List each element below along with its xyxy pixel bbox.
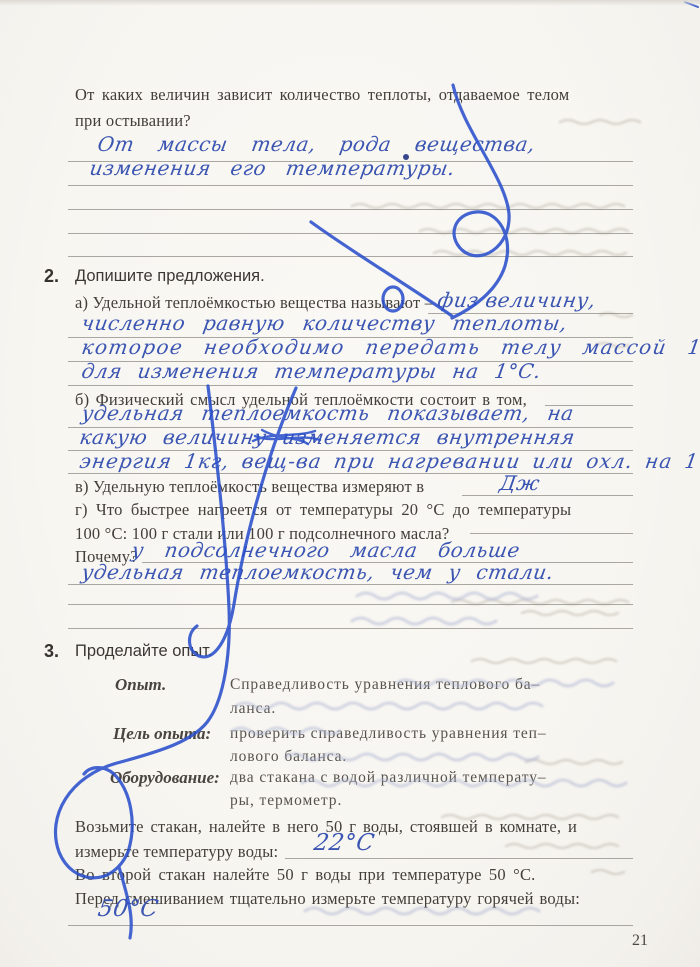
- ruled-line: [462, 495, 633, 496]
- experiment-label: Оборудование:: [110, 768, 220, 788]
- handwritten-answer: какую величину изменяется внутренняя: [78, 425, 577, 449]
- handwritten-temperature: 22°С: [312, 830, 376, 856]
- ruled-line: [68, 473, 633, 474]
- experiment-text: ры, термометр.: [230, 792, 342, 810]
- ruled-line: [68, 604, 633, 605]
- handwritten-answer: удельная теплоемкость, чем у стали.: [80, 560, 556, 584]
- ruled-line: [68, 925, 633, 926]
- task2-title: Допишите предложения.: [75, 267, 265, 286]
- page-number: 21: [632, 932, 648, 950]
- task3-title: Проделайте опыт.: [75, 642, 213, 661]
- experiment-text: два стакана с водой различной температу–: [230, 769, 547, 787]
- task2a-prompt: а) Удельной теплоёмкостью вещества назыв…: [75, 293, 433, 313]
- experiment-text: Справедливость уравнения теплового ба–: [230, 676, 540, 694]
- ruled-line: [68, 584, 633, 585]
- handwritten-answer: изменения его температуры.: [88, 156, 457, 180]
- workbook-scanned-page: От каких величин зависит количество тепл…: [0, 0, 700, 967]
- task2v-prompt: в) Удельную теплоёмкость вещества измеря…: [75, 477, 424, 497]
- handwritten-temperature: 50°С: [96, 896, 160, 922]
- task2g-prompt-line1: г) Что быстрее нагреется от температуры …: [75, 500, 571, 520]
- task3-number: 3.: [44, 641, 59, 662]
- ruled-line: [68, 256, 633, 257]
- ruled-line: [68, 233, 633, 234]
- question1-line1: От каких величин зависит количество тепл…: [75, 85, 569, 105]
- experiment-text: лового баланса.: [230, 748, 347, 766]
- experiment-text: проверить справедливость уравнения теп–: [230, 725, 547, 743]
- experiment-text: ланса.: [230, 700, 276, 718]
- handwritten-answer: численно равную количеству теплоты,: [80, 311, 569, 335]
- experiment-label: Цель опыта:: [113, 724, 211, 744]
- ruled-line: [68, 628, 633, 629]
- experiment-label: Опыт.: [115, 675, 166, 695]
- step2: Во второй стакан налейте 50 г воды при т…: [75, 865, 536, 885]
- handwritten-answer: для изменения температуры на 1°С.: [80, 359, 543, 383]
- ruled-line: [68, 209, 633, 210]
- ruled-line: [68, 185, 633, 186]
- step1-line2: измерьте температуру воды:: [75, 842, 278, 862]
- ruled-line: [470, 533, 633, 534]
- handwritten-answer: От массы тела, рода вещества,: [96, 132, 537, 156]
- handwritten-answer: удельная теплоемкость показывает, на: [80, 401, 576, 425]
- handwritten-answer: физ величину,: [436, 288, 598, 312]
- ruled-line: [68, 385, 633, 386]
- handwritten-answer: Дж: [498, 471, 542, 495]
- task2-number: 2.: [44, 266, 59, 287]
- handwritten-answer: которое необходимо передать телу массой …: [80, 335, 700, 359]
- handwritten-answer: энергия 1кг, вещ-ва при нагревании или о…: [78, 449, 700, 473]
- handwritten-answer: у подсолнечного масла больше: [130, 538, 522, 562]
- question1-line2: при остывании?: [75, 111, 191, 131]
- ruled-line: [285, 858, 633, 859]
